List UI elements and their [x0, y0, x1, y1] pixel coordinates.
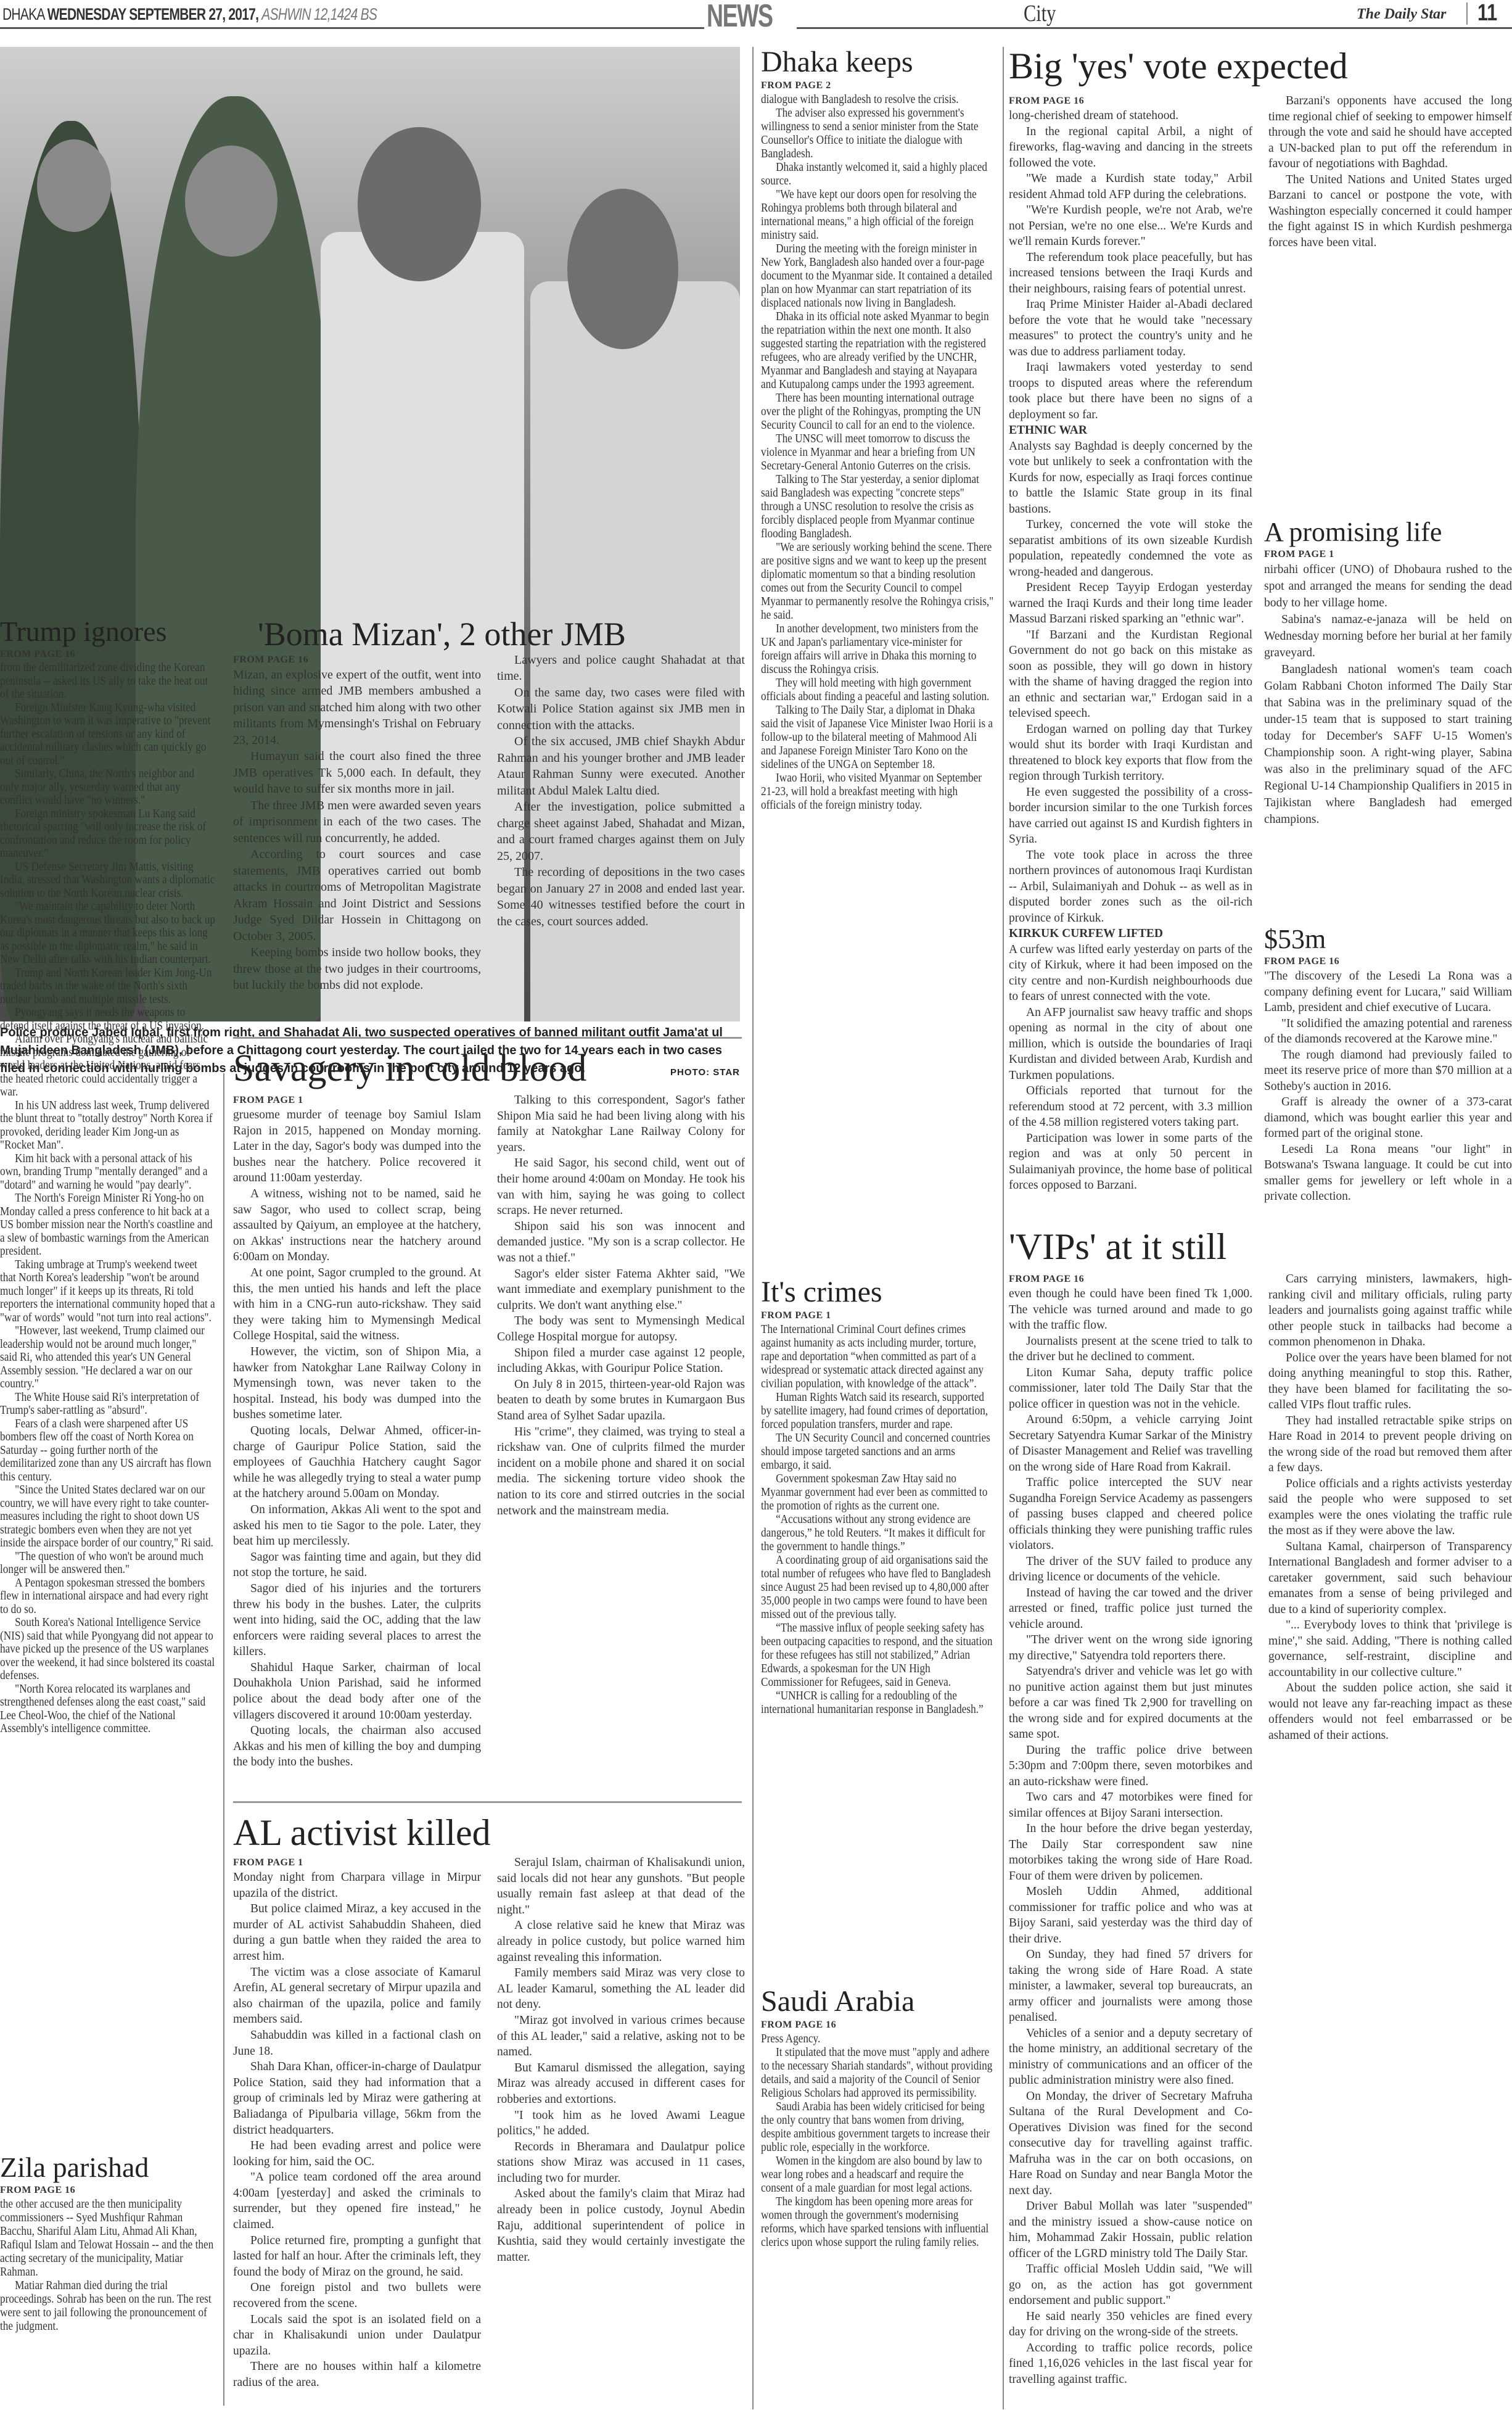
paragraph: The kingdom has been opening more areas …: [761, 2195, 995, 2249]
paragraph: Police over the years have been blamed f…: [1268, 1350, 1512, 1413]
paragraph: Quoting locals, Delwar Ahmed, officer-in…: [233, 1423, 481, 1502]
paper-logo: The Daily Star: [1357, 6, 1446, 23]
paragraph: They had installed retractable spike str…: [1268, 1413, 1512, 1476]
headline: Dhaka keeps: [761, 47, 995, 78]
face: [567, 189, 678, 349]
article-body: nirbahi officer (UNO) of Dhobaura rushed…: [1264, 561, 1512, 828]
column-rule: [223, 1073, 224, 2406]
article-body: FROM PAGE 16 even though he could have b…: [1009, 1271, 1512, 2406]
paragraph: “The massive influx of people seeking sa…: [761, 1621, 995, 1689]
paragraph: Liton Kumar Saha, deputy traffic police …: [1009, 1365, 1252, 1413]
paragraph: Talking to The Star yesterday, a senior …: [761, 473, 995, 540]
paragraph: Officials reported that turnout for the …: [1009, 1083, 1252, 1131]
paragraph: Of the six accused, JMB chief Shaykh Abd…: [497, 733, 745, 799]
paragraph: Vehicles of a senior and a deputy secret…: [1009, 2026, 1252, 2089]
paragraph: Iraqi lawmakers voted yesterday to send …: [1009, 360, 1252, 423]
paragraph: "We're Kurdish people, we're not Arab, w…: [1009, 202, 1252, 250]
paragraph: "We made a Kurdish state today," Arbil r…: [1009, 171, 1252, 202]
from-page: FROM PAGE 16: [1264, 956, 1512, 967]
column-rule: [752, 47, 754, 2409]
paragraph: There are no houses within half a kilome…: [233, 2359, 481, 2390]
paragraph: "Since the United States declared war on…: [0, 1484, 215, 1550]
paragraph: President Recep Tayyip Erdogan yesterday…: [1009, 580, 1252, 627]
article-zila-parishad: Zila parishad FROM PAGE 16 the other acc…: [0, 2153, 216, 2410]
paragraph: Fears of a clash were sharpened after US…: [0, 1418, 215, 1484]
paragraph: In the hour before the drive began yeste…: [1009, 1821, 1252, 1884]
headline: It's crimes: [761, 1277, 995, 1308]
paragraph: He even suggested the possibility of a c…: [1009, 785, 1252, 848]
paragraph: Two cars and 47 motorbikes were fined fo…: [1009, 1789, 1252, 1821]
headline: Big 'yes' vote expected: [1009, 47, 1512, 86]
paragraph: Shahidul Haque Sarker, chairman of local…: [233, 1660, 481, 1723]
headline: 'Boma Mizan', 2 other JMB: [258, 617, 745, 652]
paragraph: Alarm over Pyongyang's nuclear and balli…: [0, 1033, 215, 1099]
subheading: KIRKUK CURFEW LIFTED: [1009, 926, 1252, 942]
paragraph: The body was sent to Mymensingh Medical …: [497, 1313, 745, 1345]
paragraph: Sagor was fainting time and again, but t…: [233, 1550, 481, 1581]
paragraph: Quoting locals, the chairman also accuse…: [233, 1723, 481, 1770]
paragraph: Police returned fire, prompting a gunfig…: [233, 2233, 481, 2280]
paragraph: The International Criminal Court defines…: [761, 1323, 995, 1390]
paragraph: "North Korea relocated its warplanes and…: [0, 1683, 215, 1736]
paragraph: Around 6:50pm, a vehicle carrying Joint …: [1009, 1412, 1252, 1475]
paragraph: "We maintain the capability to deter Nor…: [0, 900, 215, 967]
paragraph: Records in Bheramara and Daulatpur polic…: [497, 2139, 745, 2187]
article-body: "The discovery of the Lesedi La Rona was…: [1264, 968, 1512, 1205]
paragraph: The victim was a close associate of Kama…: [233, 1965, 481, 2028]
paragraph: In another development, two ministers fr…: [761, 622, 995, 676]
article-body: the other accused are the then municipal…: [0, 2197, 215, 2333]
paragraph: Graff is already the owner of a 373-cara…: [1264, 1094, 1512, 1142]
paragraph: Erdogan warned on polling day that Turke…: [1009, 722, 1252, 785]
subheading: ETHNIC WAR: [1009, 423, 1252, 439]
paragraph: Taking umbrage at Trump's weekend tweet …: [0, 1258, 215, 1325]
paragraph: Participation was lower in some parts of…: [1009, 1131, 1252, 1194]
from-page: FROM PAGE 1: [233, 1095, 481, 1106]
paragraph: Keeping bombs inside two hollow books, t…: [233, 944, 481, 994]
paragraph: He said Sagor, his second child, went ou…: [497, 1155, 745, 1218]
paragraph: Lesedi La Rona means "our light" in Bots…: [1264, 1142, 1512, 1205]
face: [358, 127, 481, 281]
page-number: 11: [1477, 0, 1497, 27]
paragraph: Shipon filed a murder case against 12 pe…: [497, 1345, 745, 1377]
article-53m: $53m FROM PAGE 16 "The discovery of the …: [1264, 925, 1512, 1209]
paragraph: After the investigation, police submitte…: [497, 799, 745, 864]
paragraph: In the regional capital Arbil, a night o…: [1009, 124, 1252, 171]
paragraph: Similarly, China, the North's neighbor a…: [0, 767, 215, 807]
paragraph: Dhaka in its official note asked Myanmar…: [761, 310, 995, 391]
paragraph: Bangladesh national women's team coach G…: [1264, 661, 1512, 828]
article-body: FROM PAGE 16 Mizan, an explosive expert …: [233, 652, 745, 1022]
paragraph: Traffic official Mosleh Uddin said, "We …: [1009, 2261, 1252, 2309]
article-dhaka-keeps: Dhaka keeps FROM PAGE 2 dialogue with Ba…: [761, 47, 995, 1299]
paragraph: US Defense Secretary Jim Mattis, visitin…: [0, 860, 215, 901]
paragraph: “Accusations without any strong evidence…: [761, 1512, 995, 1553]
paragraph: On Monday, the driver of Secretary Mafru…: [1009, 2089, 1252, 2199]
headline: AL activist killed: [233, 1814, 745, 1852]
paragraph: A Pentagon spokesman stressed the bomber…: [0, 1577, 215, 1617]
paragraph: An AFP journalist saw heavy traffic and …: [1009, 1005, 1252, 1084]
paragraph: Sagor's elder sister Fatema Akhter said,…: [497, 1266, 745, 1314]
paragraph: On Sunday, they had fined 57 drivers for…: [1009, 1947, 1252, 2026]
paragraph: Talking to this correspondent, Sagor's f…: [497, 1092, 745, 1155]
masthead-rule: [0, 27, 704, 29]
paragraph: His "crime", they claimed, was trying to…: [497, 1424, 745, 1519]
face: [185, 146, 277, 257]
paragraph: "It solidified the amazing potential and…: [1264, 1016, 1512, 1047]
article-boma-mizan: 'Boma Mizan', 2 other JMB FROM PAGE 16 M…: [233, 617, 745, 1030]
article-body: dialogue with Bangladesh to resolve the …: [761, 93, 995, 812]
masthead-rule: [797, 27, 1512, 29]
paragraph: Asked about the family's claim that Mira…: [497, 2186, 745, 2265]
paragraph: even though he could have been fined Tk …: [1009, 1286, 1252, 1334]
from-page: FROM PAGE 2: [761, 80, 995, 91]
paragraph: Traffic police intercepted the SUV near …: [1009, 1475, 1252, 1554]
paragraph: Locals said the spot is an isolated fiel…: [233, 2312, 481, 2359]
headline: Savagery in cold blood: [233, 1049, 745, 1089]
paragraph: The recording of depositions in the two …: [497, 864, 745, 930]
paragraph: He had been evading arrest and police we…: [233, 2138, 481, 2169]
headline: Saudi Arabia: [761, 1986, 995, 2017]
headline: Zila parishad: [0, 2153, 216, 2182]
paragraph: It stipulated that the move must "apply …: [761, 2045, 995, 2100]
dateline-bangla-date: ASHWIN 12,1424 BS: [261, 5, 377, 23]
paragraph: "The discovery of the Lesedi La Rona was…: [1264, 968, 1512, 1016]
paragraph: Serajul Islam, chairman of Khalisakundi …: [497, 1855, 745, 1918]
paragraph: The vote took place in across the three …: [1009, 848, 1252, 926]
paragraph: According to traffic police records, pol…: [1009, 2340, 1252, 2388]
from-page: FROM PAGE 16: [761, 2020, 995, 2031]
paragraph: nirbahi officer (UNO) of Dhobaura rushed…: [1264, 561, 1512, 611]
divider: [1466, 2, 1468, 25]
paragraph: Human Rights Watch said its research, su…: [761, 1390, 995, 1431]
paragraph: Sagor died of his injuries and the tortu…: [233, 1581, 481, 1660]
paragraph: gruesome murder of teenage boy Samiul Is…: [233, 1107, 481, 1186]
paragraph: Journalists present at the scene tried t…: [1009, 1334, 1252, 1365]
paragraph: "The driver went on the wrong side ignor…: [1009, 1632, 1252, 1664]
paragraph: Pyongyang says it needs the weapons to d…: [0, 1006, 215, 1033]
paragraph: The driver of the SUV failed to produce …: [1009, 1554, 1252, 1585]
paragraph: Dhaka instantly welcomed it, said a high…: [761, 160, 995, 188]
paragraph: The three JMB men were awarded seven yea…: [233, 798, 481, 847]
paragraph: Instead of having the car towed and the …: [1009, 1585, 1252, 1633]
dateline-date: WEDNESDAY SEPTEMBER 27, 2017,: [47, 5, 259, 23]
paragraph: The UN Security Council and concerned co…: [761, 1431, 995, 1472]
article-vips: 'VIPs' at it still FROM PAGE 16 even tho…: [1009, 1228, 1512, 2410]
article-promising-life: A promising life FROM PAGE 1 nirbahi off…: [1264, 518, 1512, 919]
paragraph: Women in the kingdom are also bound by l…: [761, 2154, 995, 2195]
paragraph: A curfew was lifted early yesterday on p…: [1009, 942, 1252, 1005]
from-page: FROM PAGE 1: [233, 1857, 481, 1868]
paragraph: Press Agency.: [761, 2032, 995, 2045]
paragraph: Foreign ministry spokesman Lu Kang said …: [0, 807, 215, 860]
paragraph: Trump and North Korean leader Kim Jong-U…: [0, 967, 215, 1007]
paragraph: Satyendra's driver and vehicle was let g…: [1009, 1664, 1252, 1743]
section-rule: [233, 1801, 742, 1803]
paragraph: Talking to The Daily Star, a diplomat in…: [761, 703, 995, 771]
column-rule: [1003, 47, 1004, 2409]
paragraph: "The question of who won't be around muc…: [0, 1550, 215, 1577]
paragraph: There has been mounting international ou…: [761, 391, 995, 432]
paragraph: long-cherished dream of statehood.: [1009, 108, 1252, 124]
paragraph: "If Barzani and the Kurdistan Regional G…: [1009, 627, 1252, 722]
paragraph: About the sudden police action, she said…: [1268, 1680, 1512, 1743]
from-page: FROM PAGE 1: [761, 1310, 995, 1321]
paragraph: Iwao Horii, who visited Myanmar on Septe…: [761, 771, 995, 812]
paragraph: They will hold meeting with high governm…: [761, 676, 995, 703]
paragraph: During the meeting with the foreign mini…: [761, 242, 995, 310]
paragraph: Barzani's opponents have accused the lon…: [1268, 93, 1512, 172]
paragraph: Cars carrying ministers, lawmakers, high…: [1268, 1271, 1512, 1350]
article-body: Press Agency. It stipulated that the mov…: [761, 2032, 995, 2249]
paragraph: In his UN address last week, Trump deliv…: [0, 1099, 215, 1152]
article-body: FROM PAGE 1 gruesome murder of teenage b…: [233, 1092, 745, 1783]
masthead: DHAKA WEDNESDAY SEPTEMBER 27, 2017, ASHW…: [0, 0, 1512, 32]
paragraph: the other accused are the then municipal…: [0, 2197, 215, 2279]
paragraph: "However, last weekend, Trump claimed ou…: [0, 1324, 215, 1391]
from-page: FROM PAGE 16: [0, 2185, 216, 2196]
article-savagery: Savagery in cold blood FROM PAGE 1 grues…: [233, 1049, 745, 1795]
from-page: FROM PAGE 16: [1009, 96, 1252, 107]
subsection-label: City: [1024, 0, 1056, 27]
paragraph: Driver Babul Mollah was later "suspended…: [1009, 2198, 1252, 2261]
article-body: from the demilitarized zone dividing the…: [0, 661, 215, 1736]
paragraph: Mosleh Uddin Ahmed, additional commissio…: [1009, 1884, 1252, 1947]
paragraph: Kim hit back with a personal attack of h…: [0, 1152, 215, 1192]
section-label: NEWS: [707, 0, 773, 35]
from-page: FROM PAGE 16: [233, 654, 481, 666]
paragraph: Lawyers and police caught Shahadat at th…: [497, 652, 745, 685]
paragraph: dialogue with Bangladesh to resolve the …: [761, 93, 995, 106]
paragraph: Turkey, concerned the vote will stoke th…: [1009, 517, 1252, 580]
article-trump: Trump ignores FROM PAGE 16 from the demi…: [0, 617, 216, 2097]
paragraph: "... Everybody loves to think that 'priv…: [1268, 1617, 1512, 1680]
headline: $53m: [1264, 925, 1512, 954]
paragraph: "We are seriously working behind the sce…: [761, 540, 995, 622]
paragraph: A witness, wishing not to be named, said…: [233, 1186, 481, 1265]
paragraph: However, the victim, son of Shipon Mia, …: [233, 1344, 481, 1423]
paragraph: Family members said Miraz was very close…: [497, 1965, 745, 2013]
section-rule: [233, 1037, 742, 1039]
paragraph: The UNSC will meet tomorrow to discuss t…: [761, 432, 995, 473]
paragraph: "I took him as he loved Awami League pol…: [497, 2108, 745, 2139]
from-page: FROM PAGE 16: [0, 649, 216, 660]
paragraph: Sabina's namaz-e-janaza will be held on …: [1264, 611, 1512, 661]
paragraph: South Korea's National Intelligence Serv…: [0, 1616, 215, 1683]
paragraph: Sahabuddin was killed in a factional cla…: [233, 2028, 481, 2059]
paragraph: Shah Dara Khan, officer-in-charge of Dau…: [233, 2059, 481, 2138]
paragraph: Government spokesman Zaw Htay said no My…: [761, 1472, 995, 1512]
paragraph: A coordinating group of aid organisation…: [761, 1553, 995, 1621]
paragraph: The North's Foreign Minister Ri Yong-ho …: [0, 1192, 215, 1258]
paragraph: Matiar Rahman died during the trial proc…: [0, 2279, 215, 2333]
paragraph: Humayun said the court also fined the th…: [233, 748, 481, 798]
paragraph: At one point, Sagor crumpled to the grou…: [233, 1265, 481, 1344]
paragraph: Shipon said his son was innocent and dem…: [497, 1219, 745, 1266]
paragraph: Saudi Arabia has been widely criticised …: [761, 2100, 995, 2154]
paragraph: Iraq Prime Minister Haider al-Abadi decl…: [1009, 297, 1252, 360]
paragraph: Police officials and a rights activists …: [1268, 1476, 1512, 1539]
article-body: The International Criminal Court defines…: [761, 1323, 995, 1716]
face: [37, 139, 111, 232]
paragraph: “UNHCR is calling for a redoubling of th…: [761, 1689, 995, 1716]
paragraph: "Miraz got involved in various crimes be…: [497, 2013, 745, 2060]
paragraph: The referendum took place peacefully, bu…: [1009, 250, 1252, 297]
paragraph: On information, Akkas Ali went to the sp…: [233, 1502, 481, 1550]
article-its-crimes: It's crimes FROM PAGE 1 The Internationa…: [761, 1277, 995, 1949]
paragraph: Mizan, an explosive expert of the outfit…: [233, 667, 481, 749]
paragraph: Foreign Minister Kang Kyung-wha visited …: [0, 701, 215, 768]
paragraph: Monday night from Charpara village in Mi…: [233, 1870, 481, 1901]
dateline-city: DHAKA: [2, 5, 44, 23]
paragraph: One foreign pistol and two bullets were …: [233, 2280, 481, 2311]
paragraph: A close relative said he knew that Miraz…: [497, 1918, 745, 1965]
paragraph: During the traffic police drive between …: [1009, 1743, 1252, 1790]
paragraph: "A police team cordoned off the area aro…: [233, 2169, 481, 2232]
paragraph: Sultana Kamal, chairperson of Transparen…: [1268, 1539, 1512, 1618]
paragraph: The rough diamond had previously failed …: [1264, 1047, 1512, 1095]
paragraph: He said nearly 350 vehicles are fined ev…: [1009, 2309, 1252, 2340]
article-al-activist: AL activist killed FROM PAGE 1 Monday ni…: [233, 1814, 745, 2410]
paragraph: But police claimed Miraz, a key accused …: [233, 1901, 481, 1964]
headline: A promising life: [1264, 518, 1512, 547]
dateline: DHAKA WEDNESDAY SEPTEMBER 27, 2017, ASHW…: [2, 5, 377, 24]
paragraph: The United Nations and United States urg…: [1268, 172, 1512, 251]
paragraph: But Kamarul dismissed the allegation, sa…: [497, 2060, 745, 2108]
from-page: FROM PAGE 16: [1009, 1274, 1252, 1285]
headline: Trump ignores: [0, 617, 216, 646]
article-body: FROM PAGE 1 Monday night from Charpara v…: [233, 1855, 745, 2404]
from-page: FROM PAGE 1: [1264, 549, 1512, 560]
paragraph: The adviser also expressed his governmen…: [761, 106, 995, 160]
paragraph: The White House said Ri's interpretation…: [0, 1391, 215, 1418]
paragraph: Analysts say Baghdad is deeply concerned…: [1009, 439, 1252, 518]
paragraph: According to court sources and case stat…: [233, 846, 481, 944]
headline: 'VIPs' at it still: [1009, 1228, 1512, 1266]
paragraph: "We have kept our doors open for resolvi…: [761, 188, 995, 242]
paragraph: On the same day, two cases were filed wi…: [497, 685, 745, 734]
article-saudi-arabia: Saudi Arabia FROM PAGE 16 Press Agency. …: [761, 1986, 995, 2410]
paragraph: On July 8 in 2015, thirteen-year-old Raj…: [497, 1377, 745, 1424]
paragraph: from the demilitarized zone dividing the…: [0, 661, 215, 701]
